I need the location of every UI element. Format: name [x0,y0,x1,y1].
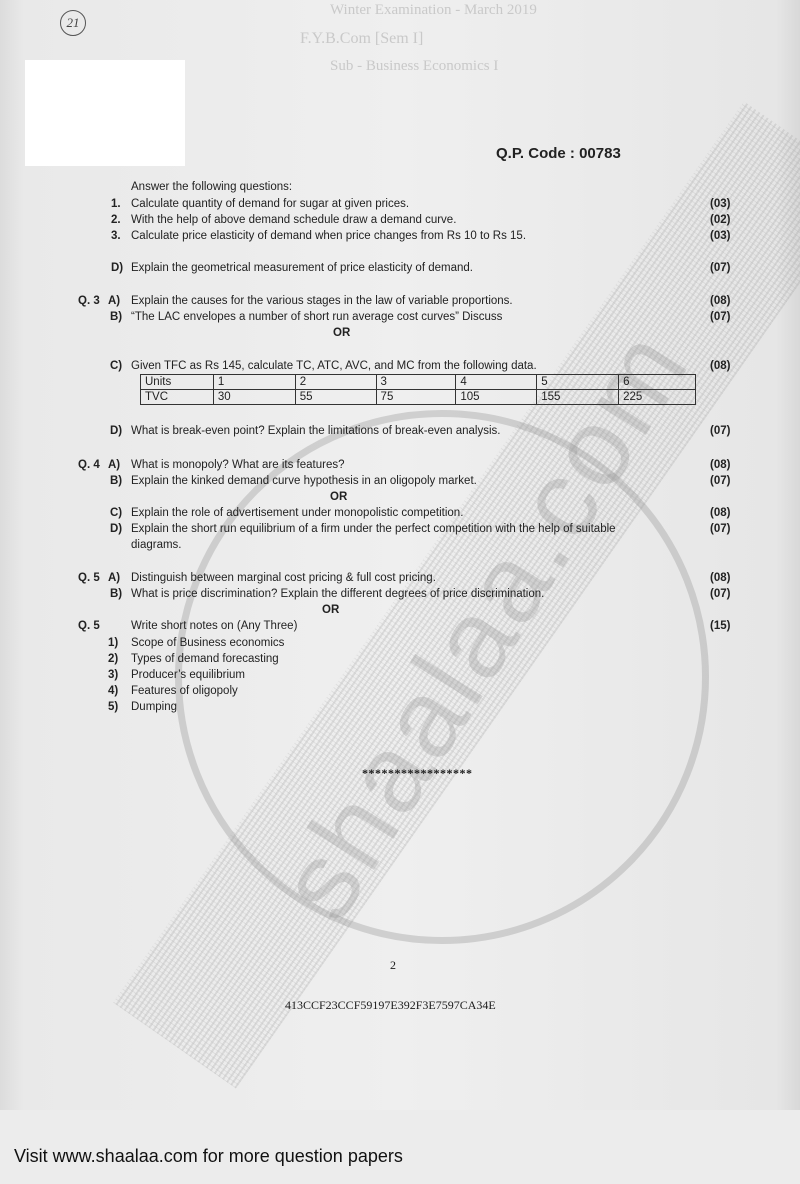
question-text: What is break-even point? Explain the li… [131,425,500,437]
question-text: What is price discrimination? Explain th… [131,588,544,600]
question-text: Write short notes on (Any Three) [131,620,297,632]
note-number: 3) [108,669,118,681]
table-cell: 30 [213,390,295,405]
marks: (07) [710,588,730,600]
question-number: Q. 3 [78,295,100,307]
marks: (08) [710,360,730,372]
paper-hash-code: 413CCF23CCF59197E392F3E7597CA34E [285,998,496,1013]
marks: (03) [710,230,730,242]
table-cell: 225 [619,390,696,405]
bleed-through-text: Winter Examination - March 2019 [330,2,537,19]
note-number: 4) [108,685,118,697]
note-topic: Dumping [131,701,177,713]
marks: (07) [710,523,730,535]
bleed-through-text: F.Y.B.Com [Sem I] [300,30,423,48]
sub-question-label: B) [110,475,122,487]
marks: (03) [710,198,730,210]
note-topic: Producer’s equilibrium [131,669,245,681]
marks: (08) [710,459,730,471]
question-text: Distinguish between marginal cost pricin… [131,572,436,584]
item-number: 3. [111,230,121,242]
table-cell: 105 [456,390,537,405]
question-number: Q. 4 [78,459,100,471]
sub-question-label: B) [110,588,122,600]
item-number: 2. [111,214,121,226]
question-text: What is monopoly? What are its features? [131,459,345,471]
question-text: Calculate price elasticity of demand whe… [131,230,526,242]
question-text: Explain the geometrical measurement of p… [131,262,473,274]
table-cell: 155 [537,390,619,405]
handwritten-page-mark: 21 [60,10,86,36]
sub-question-label: D) [111,262,123,274]
note-number: 2) [108,653,118,665]
marks: (07) [710,425,730,437]
table-cell: 3 [376,375,456,390]
redaction-box [25,60,185,166]
table-cell: Units [141,375,214,390]
end-of-paper-stars: ***************** [362,766,473,781]
question-text: Calculate quantity of demand for sugar a… [131,198,409,210]
sub-question-label: D) [110,425,122,437]
question-number: Q. 5 [78,572,100,584]
or-separator: OR [322,604,339,616]
question-text: Explain the short run equilibrium of a f… [131,523,616,535]
bleed-through-text: Sub - Business Economics I [330,58,498,75]
exam-page: Winter Examination - March 2019 F.Y.B.Co… [0,0,800,1110]
footer-promo-text: Visit www.shaalaa.com for more question … [14,1146,403,1167]
sub-question-label: A) [108,572,120,584]
note-topic: Scope of Business economics [131,637,284,649]
question-text: Explain the role of advertisement under … [131,507,463,519]
sub-question-label: A) [108,459,120,471]
sub-question-label: A) [108,295,120,307]
marks: (08) [710,507,730,519]
marks: (15) [710,620,730,632]
question-text: Explain the causes for the various stage… [131,295,513,307]
question-text: With the help of above demand schedule d… [131,214,456,226]
sub-question-label: D) [110,523,122,535]
question-text: Given TFC as Rs 145, calculate TC, ATC, … [131,360,537,372]
table-row-tvc: TVC 30 55 75 105 155 225 [141,390,696,405]
note-number: 5) [108,701,118,713]
note-topic: Types of demand forecasting [131,653,279,665]
table-cell: 75 [376,390,456,405]
table-cell: 6 [619,375,696,390]
qp-code: Q.P. Code : 00783 [496,145,621,162]
note-number: 1) [108,637,118,649]
table-cell: 2 [295,375,376,390]
table-cell: 5 [537,375,619,390]
question-text: Explain the kinked demand curve hypothes… [131,475,477,487]
marks: (07) [710,475,730,487]
cost-data-table: Units 1 2 3 4 5 6 TVC 30 55 75 105 155 2… [140,374,696,405]
question-number: Q. 5 [78,620,100,632]
sub-question-label: C) [110,360,122,372]
marks: (08) [710,572,730,584]
or-separator: OR [333,327,350,339]
or-separator: OR [330,491,347,503]
question-text-continued: diagrams. [131,539,182,551]
marks: (02) [710,214,730,226]
instructions: Answer the following questions: [131,181,292,193]
marks: (07) [710,262,730,274]
question-text: “The LAC envelopes a number of short run… [131,311,502,323]
table-row-units: Units 1 2 3 4 5 6 [141,375,696,390]
note-topic: Features of oligopoly [131,685,238,697]
table-cell: 4 [456,375,537,390]
table-cell: TVC [141,390,214,405]
item-number: 1. [111,198,121,210]
page-number: 2 [390,958,396,973]
table-cell: 1 [213,375,295,390]
sub-question-label: B) [110,311,122,323]
table-cell: 55 [295,390,376,405]
marks: (07) [710,311,730,323]
sub-question-label: C) [110,507,122,519]
marks: (08) [710,295,730,307]
